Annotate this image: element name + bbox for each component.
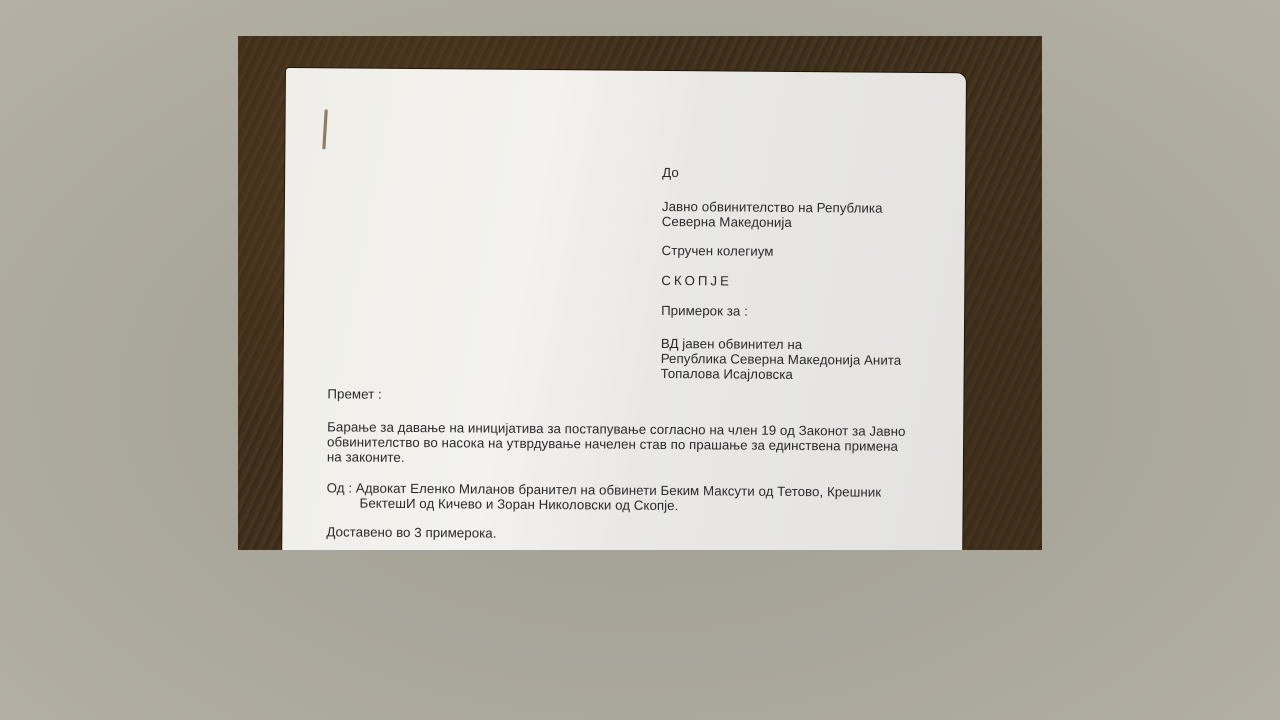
document-photo: До Јавно обвинителство на Република Севе… bbox=[238, 36, 1042, 550]
recipient-institution-line2: Северна Македонија bbox=[662, 214, 792, 230]
from-line2: БектешИ од Кичево и Зоран Николовски од … bbox=[327, 495, 679, 513]
copy-for-line1: ВД јавен обвинител на bbox=[661, 336, 803, 352]
staple-icon bbox=[322, 109, 327, 149]
copy-for-label: Примерок за : bbox=[661, 303, 748, 319]
copy-for-line3: Топалова Исајловска bbox=[661, 366, 793, 382]
recipient-institution-line1: Јавно обвинителство на Република bbox=[662, 199, 883, 216]
recipient-city: СКОПЈЕ bbox=[661, 273, 732, 289]
recipient-department: Стручен колегиум bbox=[662, 243, 774, 259]
subject-label: Премет : bbox=[327, 386, 381, 401]
subject-line3: на законите. bbox=[327, 449, 405, 465]
recipient-to-label: До bbox=[662, 165, 679, 180]
paper-sheet: До Јавно обвинителство на Република Севе… bbox=[282, 68, 966, 550]
delivery-note: Доставено во 3 примерока. bbox=[326, 524, 496, 540]
subject-line2: обвинителство во насока на утврдување на… bbox=[327, 434, 898, 453]
